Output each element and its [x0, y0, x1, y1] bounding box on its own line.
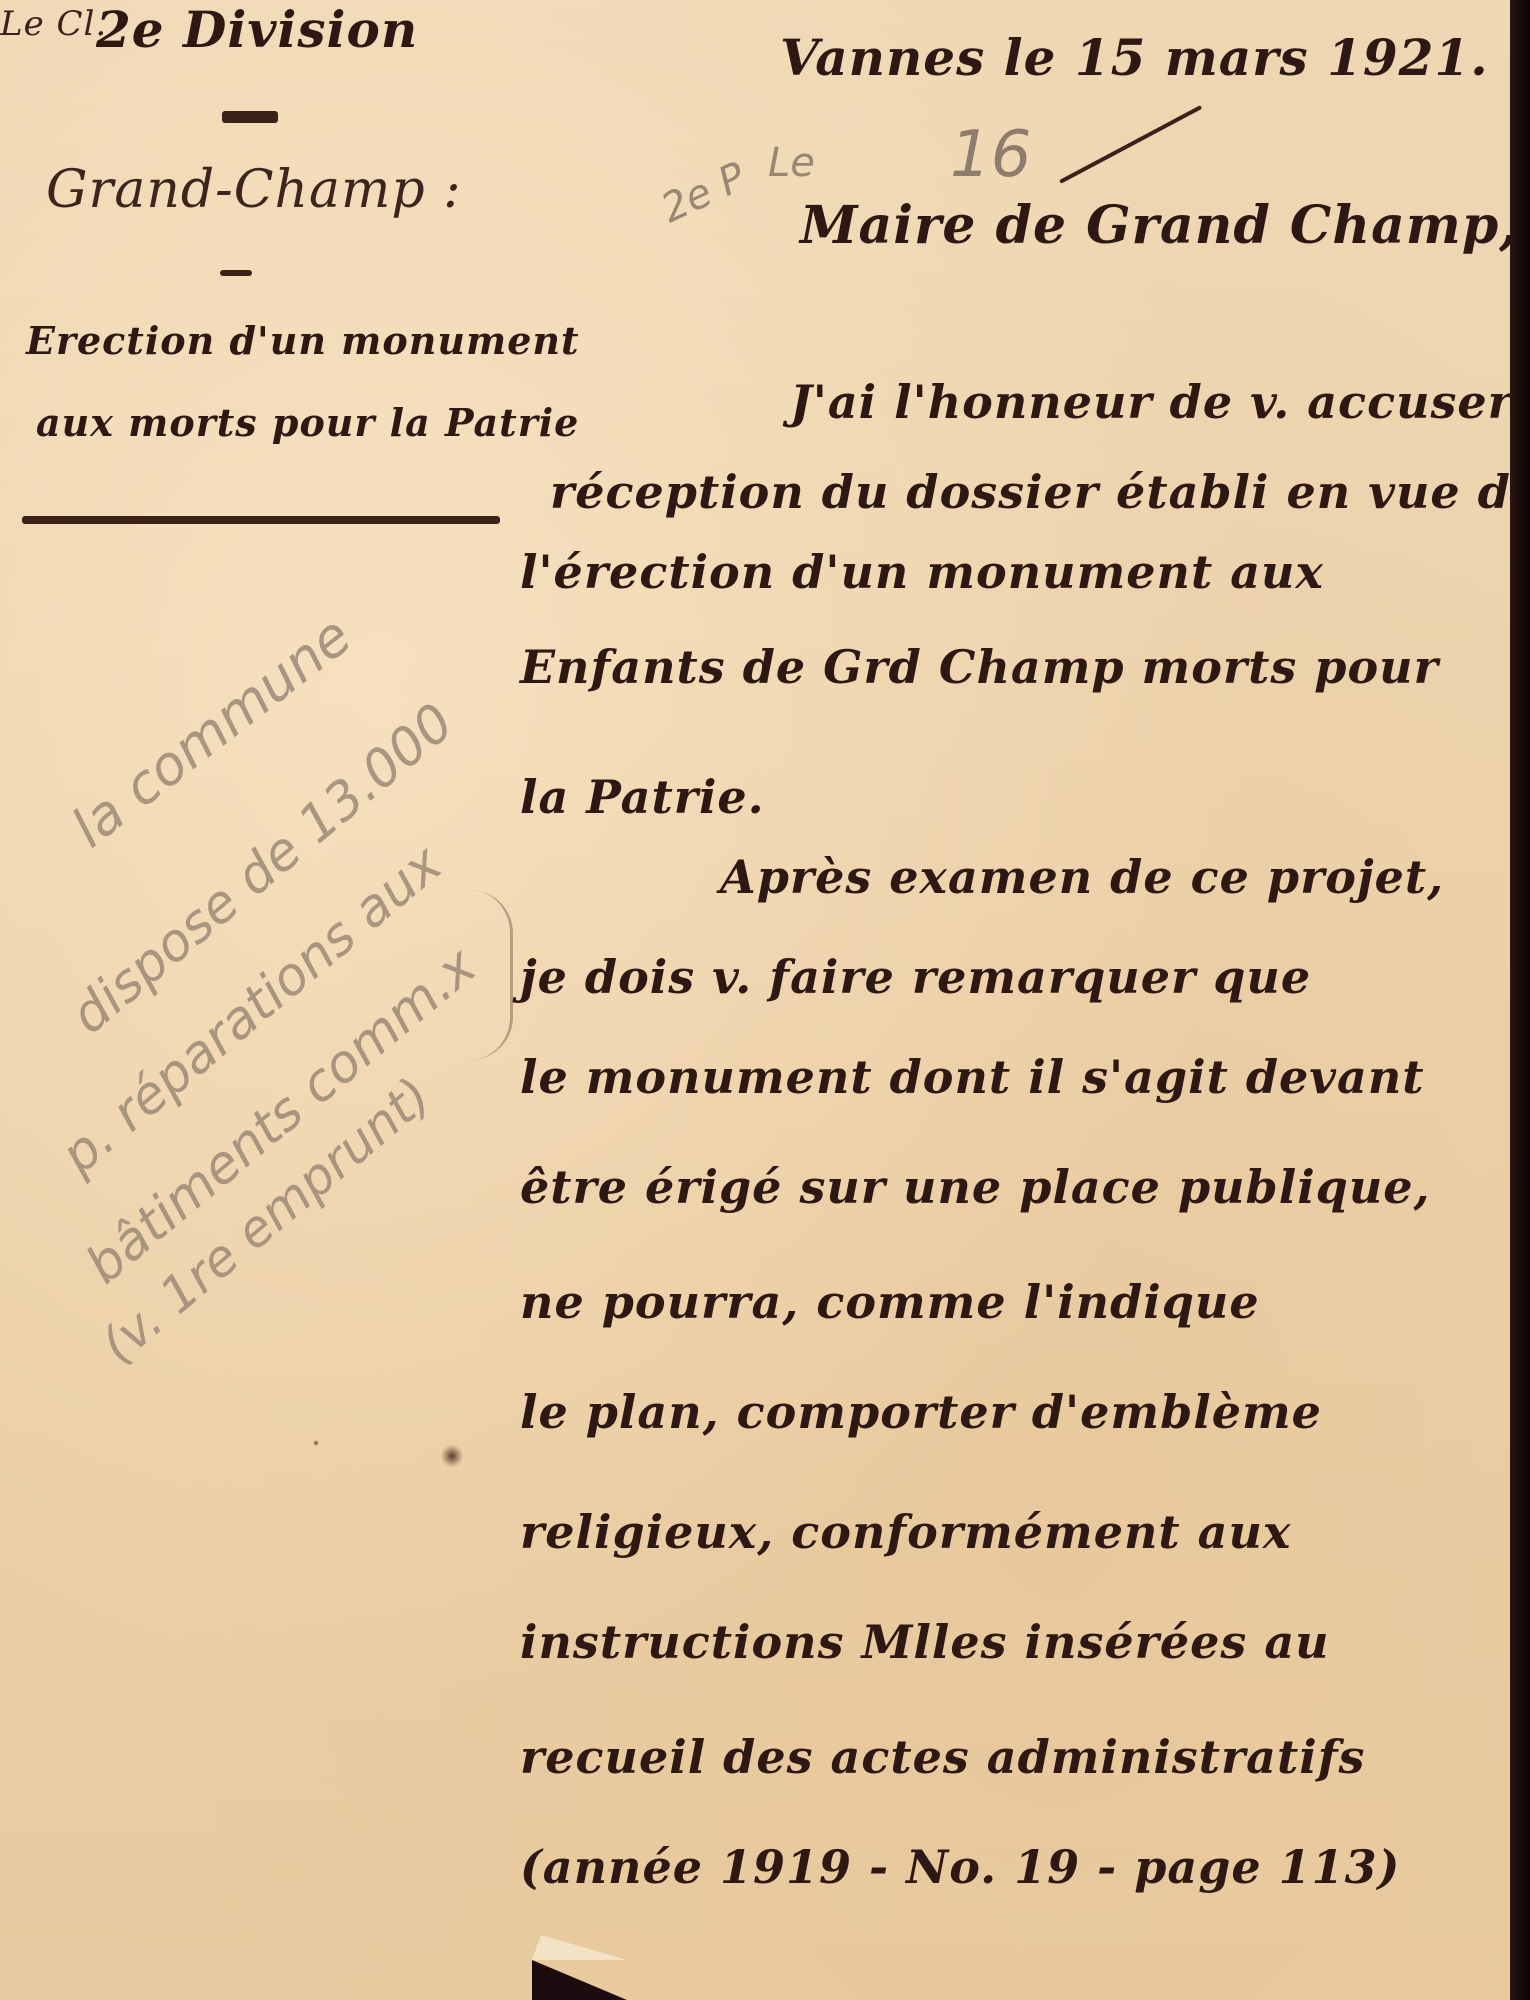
scan-border-right [1510, 0, 1530, 2000]
pencil-annotation: la commune dispose de 13.000 p. réparati… [20, 640, 540, 1340]
service-prefix: Le Cl. [0, 4, 107, 44]
body-line-12: religieux, conformément aux [520, 1505, 1291, 1559]
subject-line-1: Erection d'un monument [26, 318, 580, 363]
body-line-13: instructions Mlles insérées au [520, 1615, 1330, 1669]
divider-dash-2 [220, 270, 252, 276]
pencil-corrected-day: 16 [950, 118, 1031, 192]
body-line-14: recueil des actes administratifs [520, 1730, 1365, 1784]
folded-corner-shadow [532, 1960, 627, 2000]
body-line-5: la Patrie. [520, 770, 765, 824]
body-line-4: Enfants de Grd Champ morts pour [520, 640, 1439, 694]
recipient-line: Maire de Grand Champ, [800, 195, 1518, 256]
body-line-8: le monument dont il s'agit devant [520, 1050, 1425, 1104]
scanned-letter-page: Le Cl. 2e Division Grand-Champ : Erectio… [0, 0, 1510, 2000]
letter-body-column: Vannes le 15 mars 1921. 16 2e P Le Maire… [500, 0, 1510, 2000]
body-line-7: je dois v. faire remarquer que [520, 950, 1311, 1004]
body-line-3: l'érection d'un monument aux [520, 545, 1324, 599]
body-line-10: ne pourra, comme l'indique [520, 1275, 1260, 1329]
margin-column: Le Cl. 2e Division Grand-Champ : Erectio… [0, 0, 520, 2000]
division-heading: 2e Division [96, 0, 418, 59]
body-line-1: J'ai l'honneur de v. accuser [790, 375, 1513, 429]
date-strike-stroke [1059, 105, 1202, 184]
body-line-2: réception du dossier établi en vue de [550, 465, 1530, 519]
commune-name: Grand-Champ : [46, 160, 462, 220]
body-line-15: (année 1919 - No. 19 - page 113) [520, 1840, 1400, 1894]
subject-line-2: aux morts pour la Patrie [36, 400, 579, 445]
place-and-date: Vannes le 15 mars 1921. [780, 28, 1489, 87]
margin-underline [22, 516, 500, 524]
body-line-9: être érigé sur une place publique, [520, 1160, 1431, 1214]
divider-dash-1 [222, 111, 278, 123]
body-line-11: le plan, comporter d'emblème [520, 1385, 1322, 1439]
body-line-6: Après examen de ce projet, [720, 850, 1444, 904]
ink-spot [441, 1445, 463, 1467]
folded-corner-light [532, 1935, 636, 1960]
ink-spot-small [313, 1440, 319, 1446]
pencil-le: Le [768, 140, 815, 186]
pencil-division-mark: 2e P [654, 154, 752, 232]
